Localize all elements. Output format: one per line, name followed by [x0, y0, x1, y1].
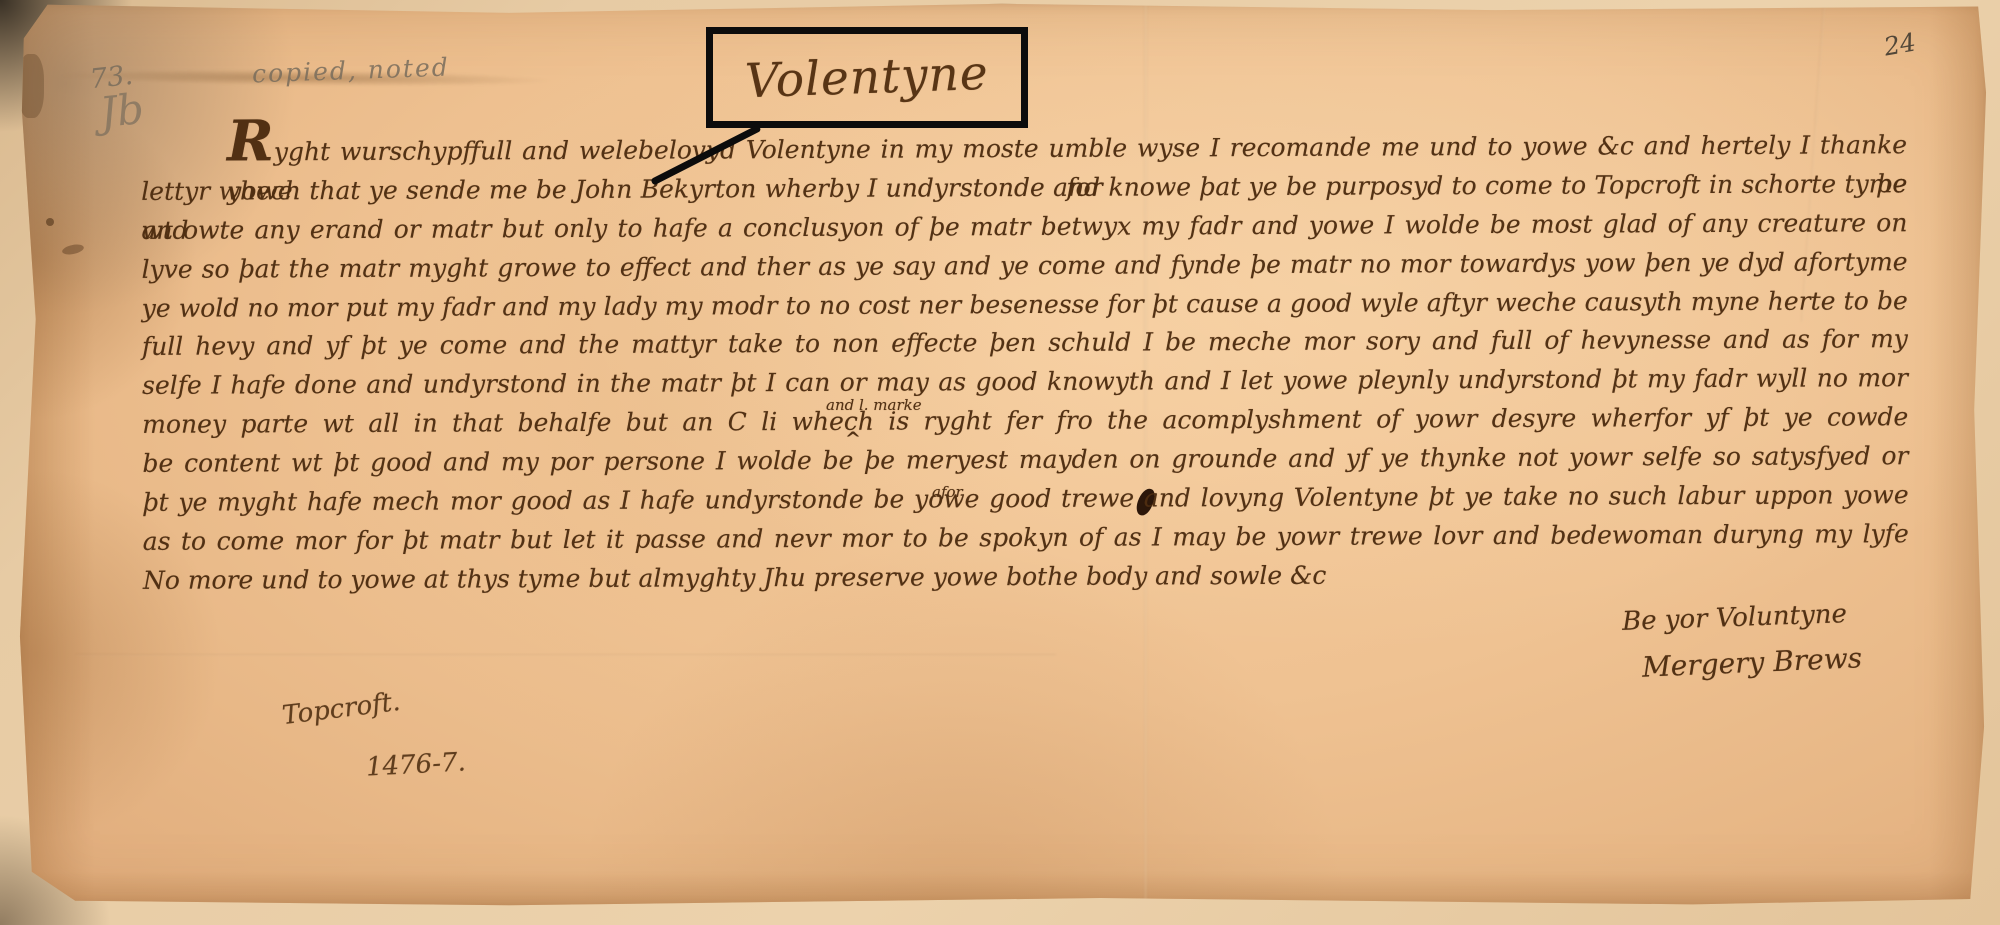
edge-stain [18, 54, 44, 118]
pencil-monogram: Jb [98, 84, 147, 137]
interlinear-insertion: and l. marke [826, 396, 922, 414]
ink-smudge [46, 218, 54, 226]
manuscript-line: No more und to yowe at thys tyme but alm… [143, 554, 1909, 601]
manuscript-photo: { "annotations": { "pencil_number": "73.… [0, 0, 2000, 925]
ink-smudge [61, 243, 84, 256]
callout-word: Volentyne [744, 46, 989, 109]
manuscript-line: as to come mor for þt matr but let it pa… [143, 515, 1909, 562]
callout-box: Volentyne [706, 27, 1028, 128]
horizontal-fold-crease [76, 654, 1056, 656]
insertion-caret: ^ [845, 428, 861, 450]
folio-number: 24 [1882, 27, 1918, 61]
interlinear-insertion: afor [932, 483, 963, 501]
endorsement-date: 1476-7. [365, 747, 466, 782]
letter-body: Ryght wurschypffull and welebelovyd Vole… [141, 126, 1909, 600]
